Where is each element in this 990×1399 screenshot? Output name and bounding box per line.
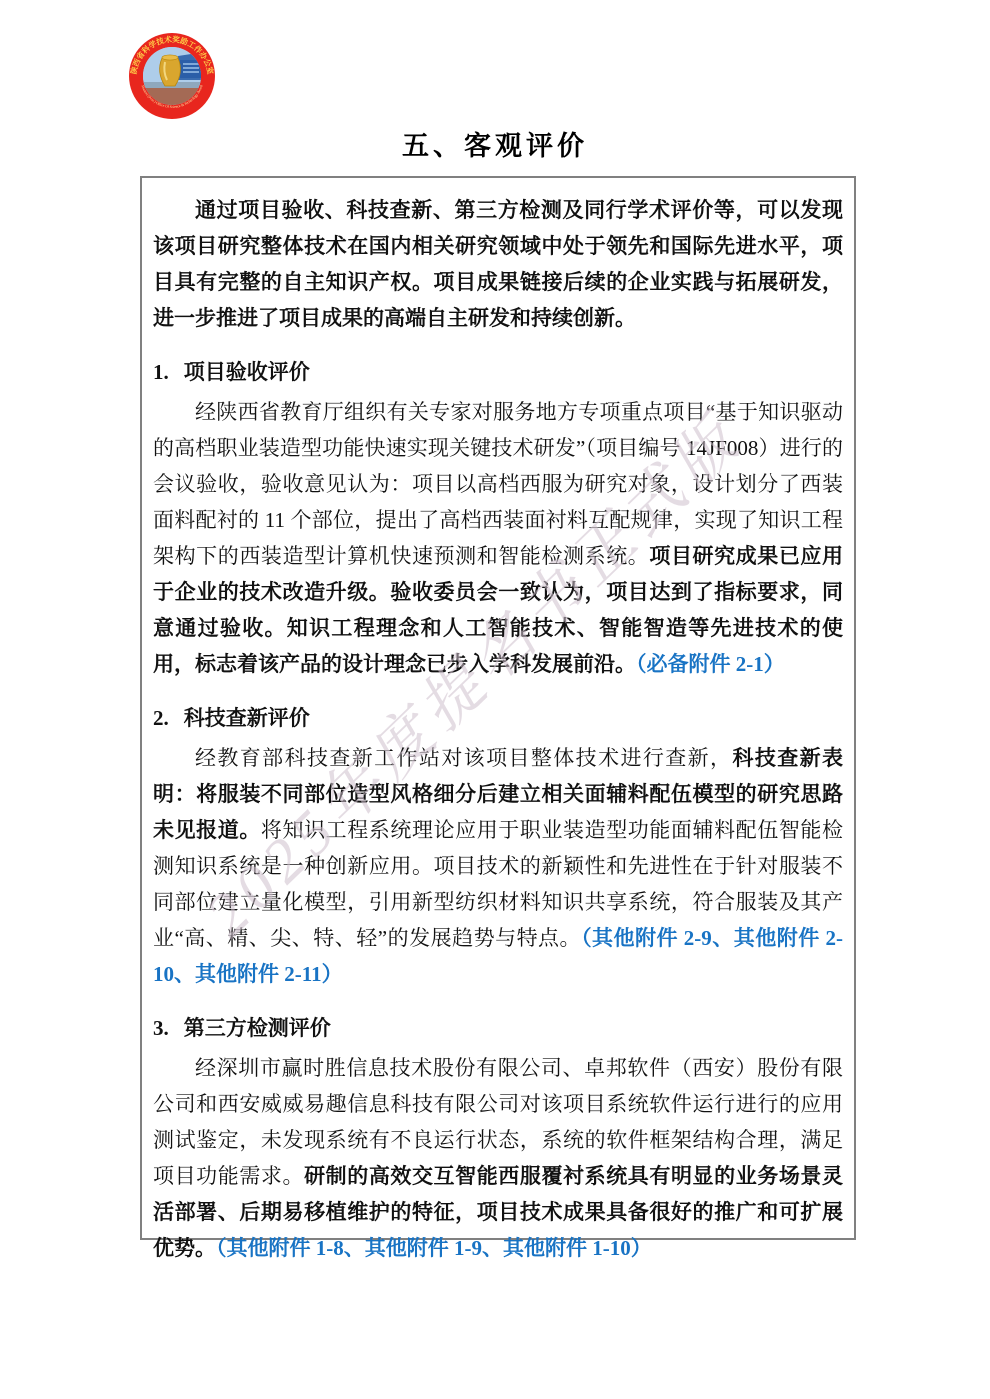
section-heading: 2.科技查新评价 xyxy=(153,700,843,736)
page-title: 五、客观评价 xyxy=(0,124,990,163)
section-title: 科技查新评价 xyxy=(184,706,310,730)
paragraph: 经深圳市赢时胜信息技术股份有限公司、卓邦软件（西安）股份有限公司和西安威威易趣信… xyxy=(153,1050,843,1266)
seal-graphic: 陕西省科学技术奖励工作办公室 Shaanxi (Prov.) Office Of… xyxy=(128,32,216,120)
paragraph: 经教育部科技查新工作站对该项目整体技术进行查新，科技查新表明：将服装不同部位造型… xyxy=(153,740,843,992)
document-page: 陕西省科学技术奖励工作办公室 Shaanxi (Prov.) Office Of… xyxy=(0,0,990,1399)
attachment-reference: （必备附件 2-1） xyxy=(636,652,785,676)
paragraph: 经陕西省教育厅组织有关专家对服务地方专项重点项目“基于知识驱动的高档职业装造型功… xyxy=(153,394,843,682)
section-number: 2. xyxy=(153,706,169,730)
paragraph: 通过项目验收、科技查新、第三方检测及同行学术评价等，可以发现该项目研究整体技术在… xyxy=(153,192,843,336)
section-title: 项目验收评价 xyxy=(184,360,310,384)
section-number: 3. xyxy=(153,1016,169,1040)
section-heading: 1.项目验收评价 xyxy=(153,354,843,390)
text-run: 经陕西省教育厅组织有关专家对服务地方专项重点项目“基于知识驱动的高档职业装造型功… xyxy=(153,400,843,568)
evaluation-content-box: 通过项目验收、科技查新、第三方检测及同行学术评价等，可以发现该项目研究整体技术在… xyxy=(140,176,856,1240)
text-run: 经教育部科技查新工作站对该项目整体技术进行查新， xyxy=(195,746,732,770)
section-title: 第三方检测评价 xyxy=(184,1016,331,1040)
section-heading: 3.第三方检测评价 xyxy=(153,1010,843,1046)
section-number: 1. xyxy=(153,360,169,384)
attachment-reference: （其他附件 1-8、其他附件 1-9、其他附件 1-10） xyxy=(216,1236,652,1260)
text-run: 通过项目验收、科技查新、第三方检测及同行学术评价等，可以发现该项目研究整体技术在… xyxy=(153,198,843,330)
org-seal-logo: 陕西省科学技术奖励工作办公室 Shaanxi (Prov.) Office Of… xyxy=(128,32,216,120)
